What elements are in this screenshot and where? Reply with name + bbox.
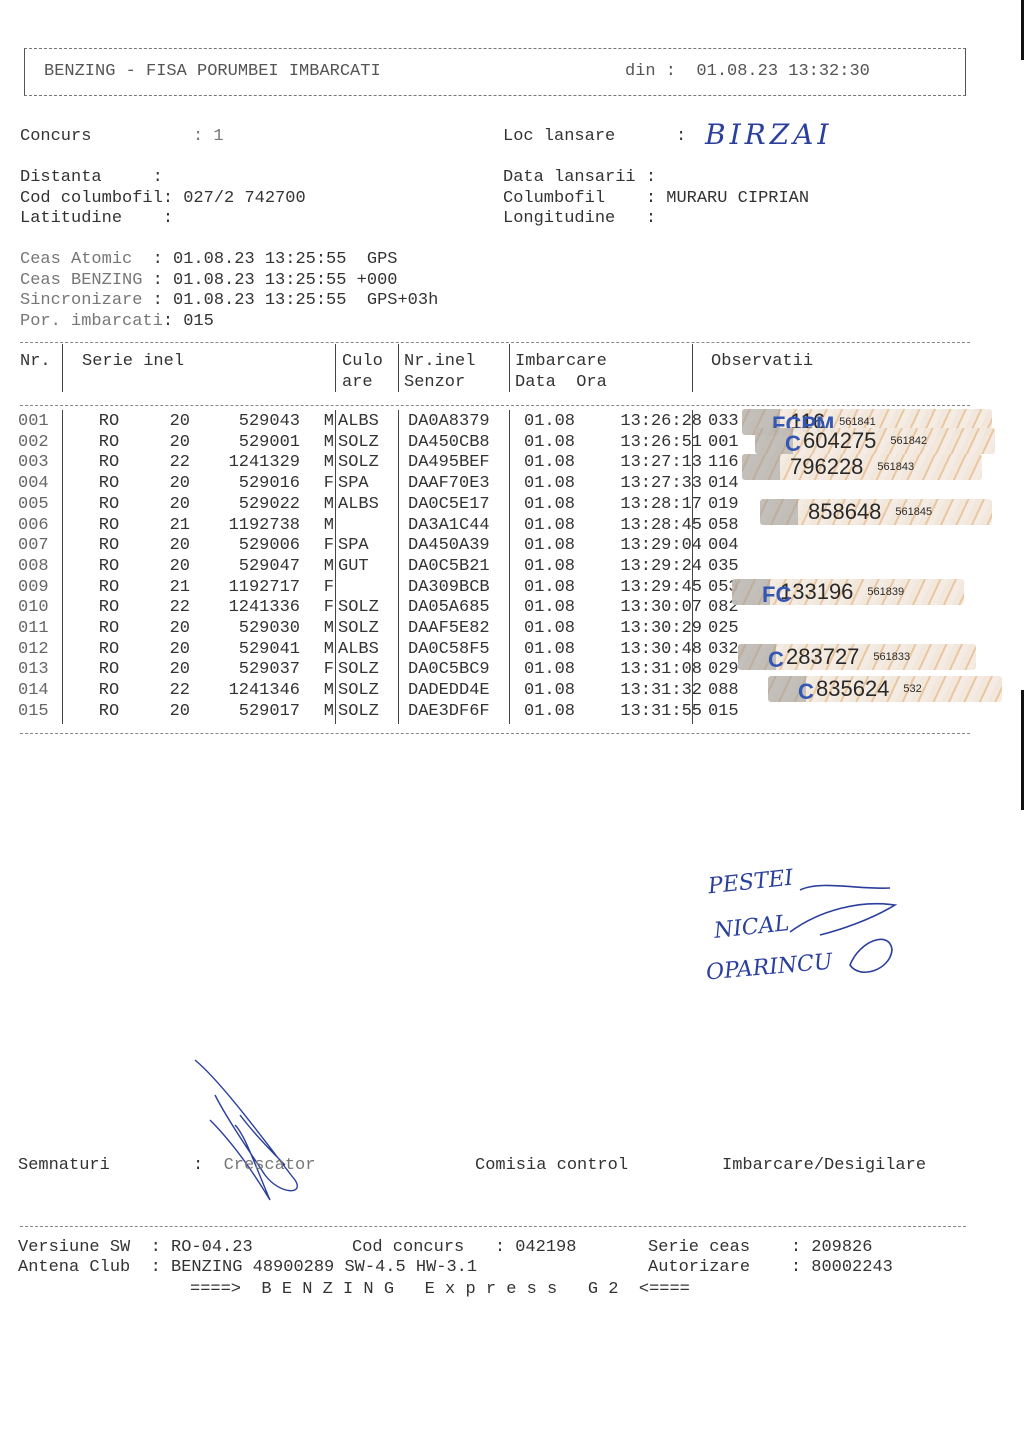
row-nr: 010 bbox=[18, 598, 64, 619]
row-date: 01.08 bbox=[520, 660, 596, 681]
sticker-serial: 561841 bbox=[839, 416, 876, 428]
comisia-label: Comisia control bbox=[475, 1156, 628, 1177]
row-color: ALBS bbox=[334, 412, 404, 433]
row-year: 20 bbox=[154, 619, 190, 640]
row-color bbox=[334, 578, 404, 599]
col-divider bbox=[509, 344, 510, 392]
row-year: 22 bbox=[154, 598, 190, 619]
row-nr: 013 bbox=[18, 660, 64, 681]
cod-concurs: Cod concurs : 042198 bbox=[352, 1238, 576, 1259]
row-sex: M bbox=[300, 516, 334, 537]
row-observatii: 015 bbox=[702, 702, 748, 723]
table-row: 012RO20529041MALBSDA0C58F501.0813:30:480… bbox=[18, 640, 748, 661]
row-date: 01.08 bbox=[520, 516, 596, 537]
row-country: RO bbox=[64, 453, 154, 474]
row-time: 13:28:45 bbox=[596, 516, 702, 537]
row-nr: 007 bbox=[18, 536, 64, 557]
row-observatii: 004 bbox=[702, 536, 748, 557]
row-nr: 015 bbox=[18, 702, 64, 723]
row-time: 13:29:45 bbox=[596, 578, 702, 599]
row-color: SOLZ bbox=[334, 660, 404, 681]
th-observatii: Observatii bbox=[711, 352, 813, 373]
col-divider bbox=[692, 344, 693, 392]
th-nr-inel-2: Senzor bbox=[404, 373, 465, 394]
row-country: RO bbox=[64, 619, 154, 640]
row-sensor: DA0C5BC9 bbox=[404, 660, 520, 681]
sticker-prefix: C bbox=[768, 647, 784, 673]
serie-ceas: Serie ceas : 209826 bbox=[648, 1238, 872, 1259]
row-nr: 006 bbox=[18, 516, 64, 537]
sticker-serial: 532 bbox=[903, 683, 921, 695]
row-color: SOLZ bbox=[334, 598, 404, 619]
sticker-prefix: FC bbox=[762, 582, 791, 608]
sticker-scratch bbox=[742, 454, 780, 480]
row-serial: 529037 bbox=[190, 660, 300, 681]
row-color: SOLZ bbox=[334, 702, 404, 723]
document-title: BENZING - FISA PORUMBEI IMBARCATI bbox=[44, 62, 381, 81]
row-color: SOLZ bbox=[334, 453, 404, 474]
seal-sticker: FC133196561839 bbox=[732, 579, 964, 605]
row-nr: 009 bbox=[18, 578, 64, 599]
row-color: SOLZ bbox=[334, 433, 404, 454]
row-sex: F bbox=[300, 598, 334, 619]
row-sensor: DA450A39 bbox=[404, 536, 520, 557]
row-country: RO bbox=[64, 578, 154, 599]
row-time: 13:30:48 bbox=[596, 640, 702, 661]
th-imbarcare-2: Data Ora bbox=[515, 373, 607, 394]
col-divider bbox=[398, 344, 399, 392]
seal-sticker: C604275561842 bbox=[755, 428, 995, 454]
sticker-serial: 561833 bbox=[873, 651, 910, 663]
row-date: 01.08 bbox=[520, 619, 596, 640]
row-year: 20 bbox=[154, 412, 190, 433]
row-time: 13:31:55 bbox=[596, 702, 702, 723]
row-date: 01.08 bbox=[520, 536, 596, 557]
row-date: 01.08 bbox=[520, 433, 596, 454]
row-country: RO bbox=[64, 516, 154, 537]
row-date: 01.08 bbox=[520, 640, 596, 661]
row-country: RO bbox=[64, 433, 154, 454]
antena-club: Antena Club : BENZING 48900289 SW-4.5 HW… bbox=[18, 1258, 477, 1279]
row-serial: 1241346 bbox=[190, 681, 300, 702]
row-sex: M bbox=[300, 557, 334, 578]
row-country: RO bbox=[64, 702, 154, 723]
sticker-number: 858648 bbox=[808, 499, 881, 525]
row-sensor: DA495BEF bbox=[404, 453, 520, 474]
row-sex: M bbox=[300, 619, 334, 640]
row-country: RO bbox=[64, 660, 154, 681]
latitudine: Latitudine : bbox=[20, 209, 173, 230]
row-color: SOLZ bbox=[334, 681, 404, 702]
row-sensor: DA05A685 bbox=[404, 598, 520, 619]
th-nr: Nr. bbox=[20, 352, 51, 373]
row-sex: F bbox=[300, 536, 334, 557]
row-year: 22 bbox=[154, 453, 190, 474]
seal-sticker: 796228561843 bbox=[742, 454, 982, 480]
breeder-signature-icon bbox=[185, 1055, 325, 1205]
row-serial: 1192738 bbox=[190, 516, 300, 537]
versiune-sw: Versiune SW : RO-04.23 bbox=[18, 1238, 253, 1259]
table-row: 002RO20529001MSOLZDA450CB801.0813:26:510… bbox=[18, 433, 748, 454]
row-serial: 529043 bbox=[190, 412, 300, 433]
th-culoare-2: are bbox=[342, 373, 373, 394]
row-year: 20 bbox=[154, 536, 190, 557]
row-date: 01.08 bbox=[520, 702, 596, 723]
row-serial: 1192717 bbox=[190, 578, 300, 599]
sticker-number: 796228 bbox=[790, 454, 863, 480]
sticker-serial: 561845 bbox=[895, 506, 932, 518]
row-year: 20 bbox=[154, 702, 190, 723]
table-row: 014RO221241346MSOLZDADEDD4E01.0813:31:32… bbox=[18, 681, 748, 702]
row-nr: 012 bbox=[18, 640, 64, 661]
sincronizare: Sincronizare : 01.08.23 13:25:55 GPS+03h bbox=[20, 291, 438, 312]
row-time: 13:30:29 bbox=[596, 619, 702, 640]
row-sensor: DADEDD4E bbox=[404, 681, 520, 702]
table-header-rule bbox=[20, 405, 970, 406]
row-observatii: 088 bbox=[702, 681, 748, 702]
row-country: RO bbox=[64, 681, 154, 702]
th-serie-inel: Serie inel bbox=[82, 352, 184, 373]
row-nr: 002 bbox=[18, 433, 64, 454]
row-nr: 005 bbox=[18, 495, 64, 516]
sticker-number: 604275 bbox=[803, 428, 876, 454]
row-serial: 1241329 bbox=[190, 453, 300, 474]
seal-sticker: C283727561833 bbox=[738, 644, 976, 670]
row-year: 20 bbox=[154, 640, 190, 661]
row-sex: M bbox=[300, 495, 334, 516]
table-row: 006RO211192738MDA3A1C4401.0813:28:45058 bbox=[18, 516, 748, 537]
row-sex: F bbox=[300, 578, 334, 599]
row-sex: M bbox=[300, 453, 334, 474]
row-sensor: DA0C58F5 bbox=[404, 640, 520, 661]
row-sensor: DA0C5E17 bbox=[404, 495, 520, 516]
por-imbarcati: Por. imbarcati: 015 bbox=[20, 312, 214, 333]
row-observatii: 025 bbox=[702, 619, 748, 640]
row-year: 21 bbox=[154, 578, 190, 599]
table-row: 007RO20529006FSPADA450A3901.0813:29:0400… bbox=[18, 536, 748, 557]
row-date: 01.08 bbox=[520, 557, 596, 578]
row-date: 01.08 bbox=[520, 598, 596, 619]
row-country: RO bbox=[64, 598, 154, 619]
imbarcare-desigilare-label: Imbarcare/Desigilare bbox=[722, 1156, 926, 1177]
table-row: 015RO20529017MSOLZDAE3DF6F01.0813:31:550… bbox=[18, 702, 748, 723]
row-serial: 529017 bbox=[190, 702, 300, 723]
table-row: 003RO221241329MSOLZDA495BEF01.0813:27:13… bbox=[18, 453, 748, 474]
header-date: din : 01.08.23 13:32:30 bbox=[625, 62, 870, 81]
table-row: 011RO20529030MSOLZDAAF5E8201.0813:30:290… bbox=[18, 619, 748, 640]
row-sex: M bbox=[300, 412, 334, 433]
th-culoare-1: Culo bbox=[342, 352, 383, 373]
row-country: RO bbox=[64, 495, 154, 516]
columbofil: Columbofil : MURARU CIPRIAN bbox=[503, 189, 809, 210]
row-date: 01.08 bbox=[520, 453, 596, 474]
table-row: 001RO20529043MALBSDA0A837901.0813:26:280… bbox=[18, 412, 748, 433]
sticker-number: 835624 bbox=[816, 676, 889, 702]
row-time: 13:26:51 bbox=[596, 433, 702, 454]
row-nr: 003 bbox=[18, 453, 64, 474]
row-time: 13:28:17 bbox=[596, 495, 702, 516]
row-sex: M bbox=[300, 640, 334, 661]
row-observatii: 058 bbox=[702, 516, 748, 537]
row-sex: F bbox=[300, 660, 334, 681]
commission-signature-icon bbox=[780, 870, 910, 990]
loc-lansare-colon: : bbox=[676, 127, 686, 148]
seal-sticker: C835624532 bbox=[768, 676, 1002, 702]
table-row: 008RO20529047MGUTDA0C5B2101.0813:29:2403… bbox=[18, 557, 748, 578]
row-observatii: 001 bbox=[702, 433, 748, 454]
table-row: 010RO221241336FSOLZDA05A68501.0813:30:07… bbox=[18, 598, 748, 619]
table-top-rule bbox=[20, 342, 970, 343]
row-nr: 011 bbox=[18, 619, 64, 640]
row-serial: 529047 bbox=[190, 557, 300, 578]
loc-lansare-handwritten: BIRZAI bbox=[705, 118, 832, 151]
crescator-field: : Crescator bbox=[193, 1156, 315, 1177]
ceas-atomic: Ceas Atomic : 01.08.23 13:25:55 GPS bbox=[20, 250, 397, 271]
row-sensor: DA3A1C44 bbox=[404, 516, 520, 537]
row-serial: 529030 bbox=[190, 619, 300, 640]
longitudine: Longitudine : bbox=[503, 209, 656, 230]
sticker-serial: 561842 bbox=[890, 435, 927, 447]
row-nr: 014 bbox=[18, 681, 64, 702]
row-date: 01.08 bbox=[520, 681, 596, 702]
row-sex: F bbox=[300, 474, 334, 495]
row-country: RO bbox=[64, 474, 154, 495]
row-time: 13:26:28 bbox=[596, 412, 702, 433]
row-year: 20 bbox=[154, 557, 190, 578]
row-sex: M bbox=[300, 681, 334, 702]
row-date: 01.08 bbox=[520, 474, 596, 495]
col-divider bbox=[62, 344, 63, 392]
row-nr: 004 bbox=[18, 474, 64, 495]
row-color: SPA bbox=[334, 536, 404, 557]
row-color: SPA bbox=[334, 474, 404, 495]
sticker-prefix: C bbox=[798, 679, 814, 705]
row-time: 13:27:33 bbox=[596, 474, 702, 495]
row-serial: 529022 bbox=[190, 495, 300, 516]
row-sensor: DA309BCB bbox=[404, 578, 520, 599]
row-time: 13:29:24 bbox=[596, 557, 702, 578]
concurs-label: Concurs bbox=[20, 127, 91, 148]
row-year: 20 bbox=[154, 433, 190, 454]
seal-sticker: 858648561845 bbox=[760, 499, 992, 525]
data-lansarii-label: Data lansarii : bbox=[503, 168, 656, 189]
th-imbarcare-1: Imbarcare bbox=[515, 352, 607, 373]
row-date: 01.08 bbox=[520, 578, 596, 599]
th-nr-inel-1: Nr.inel bbox=[404, 352, 475, 373]
row-serial: 529006 bbox=[190, 536, 300, 557]
row-time: 13:31:32 bbox=[596, 681, 702, 702]
row-sensor: DAAF70E3 bbox=[404, 474, 520, 495]
row-time: 13:27:13 bbox=[596, 453, 702, 474]
row-year: 20 bbox=[154, 660, 190, 681]
sticker-serial: 561843 bbox=[877, 461, 914, 473]
row-sensor: DA0C5B21 bbox=[404, 557, 520, 578]
row-observatii: 035 bbox=[702, 557, 748, 578]
handwritten-name-2: NICAL bbox=[713, 911, 790, 944]
autorizare: Autorizare : 80002243 bbox=[648, 1258, 893, 1279]
row-sex: M bbox=[300, 433, 334, 454]
row-sensor: DA0A8379 bbox=[404, 412, 520, 433]
table-bottom-rule bbox=[20, 733, 970, 734]
row-serial: 529016 bbox=[190, 474, 300, 495]
row-country: RO bbox=[64, 640, 154, 661]
row-year: 20 bbox=[154, 495, 190, 516]
row-nr: 008 bbox=[18, 557, 64, 578]
row-country: RO bbox=[64, 557, 154, 578]
sticker-serial: 561839 bbox=[867, 586, 904, 598]
row-color: SOLZ bbox=[334, 619, 404, 640]
sticker-number: 283727 bbox=[786, 644, 859, 670]
row-date: 01.08 bbox=[520, 495, 596, 516]
row-color: ALBS bbox=[334, 495, 404, 516]
cod-columbofil: Cod columbofil: 027/2 742700 bbox=[20, 189, 306, 210]
table-row: 004RO20529016FSPADAAF70E301.0813:27:3301… bbox=[18, 474, 748, 495]
footer-rule bbox=[20, 1226, 966, 1227]
distanta-label: Distanta : bbox=[20, 168, 163, 189]
col-divider bbox=[335, 344, 336, 392]
sticker-scratch bbox=[760, 499, 798, 525]
row-observatii: 019 bbox=[702, 495, 748, 516]
table-row: 013RO20529037FSOLZDA0C5BC901.0813:31:080… bbox=[18, 660, 748, 681]
loc-lansare-label: Loc lansare bbox=[503, 127, 615, 148]
row-sensor: DA450CB8 bbox=[404, 433, 520, 454]
table-row: 005RO20529022MALBSDA0C5E1701.0813:28:170… bbox=[18, 495, 748, 516]
row-color bbox=[334, 516, 404, 537]
concurs-value: : 1 bbox=[193, 127, 224, 148]
row-color: ALBS bbox=[334, 640, 404, 661]
row-serial: 529001 bbox=[190, 433, 300, 454]
row-time: 13:31:08 bbox=[596, 660, 702, 681]
benzing-banner: ====> B E N Z I N G E x p r e s s G 2 <=… bbox=[190, 1280, 690, 1301]
birds-table: 001RO20529043MALBSDA0A837901.0813:26:280… bbox=[18, 412, 748, 723]
row-time: 13:30:07 bbox=[596, 598, 702, 619]
row-time: 13:29:04 bbox=[596, 536, 702, 557]
row-year: 21 bbox=[154, 516, 190, 537]
row-sensor: DAE3DF6F bbox=[404, 702, 520, 723]
row-country: RO bbox=[64, 536, 154, 557]
ceas-benzing: Ceas BENZING : 01.08.23 13:25:55 +000 bbox=[20, 271, 397, 292]
semnaturi-label: Semnaturi bbox=[18, 1156, 110, 1177]
row-sex: M bbox=[300, 702, 334, 723]
row-serial: 1241336 bbox=[190, 598, 300, 619]
row-date: 01.08 bbox=[520, 412, 596, 433]
row-serial: 529041 bbox=[190, 640, 300, 661]
row-nr: 001 bbox=[18, 412, 64, 433]
table-row: 009RO211192717FDA309BCB01.0813:29:45053 bbox=[18, 578, 748, 599]
row-sensor: DAAF5E82 bbox=[404, 619, 520, 640]
row-year: 22 bbox=[154, 681, 190, 702]
row-country: RO bbox=[64, 412, 154, 433]
row-color: GUT bbox=[334, 557, 404, 578]
row-year: 20 bbox=[154, 474, 190, 495]
